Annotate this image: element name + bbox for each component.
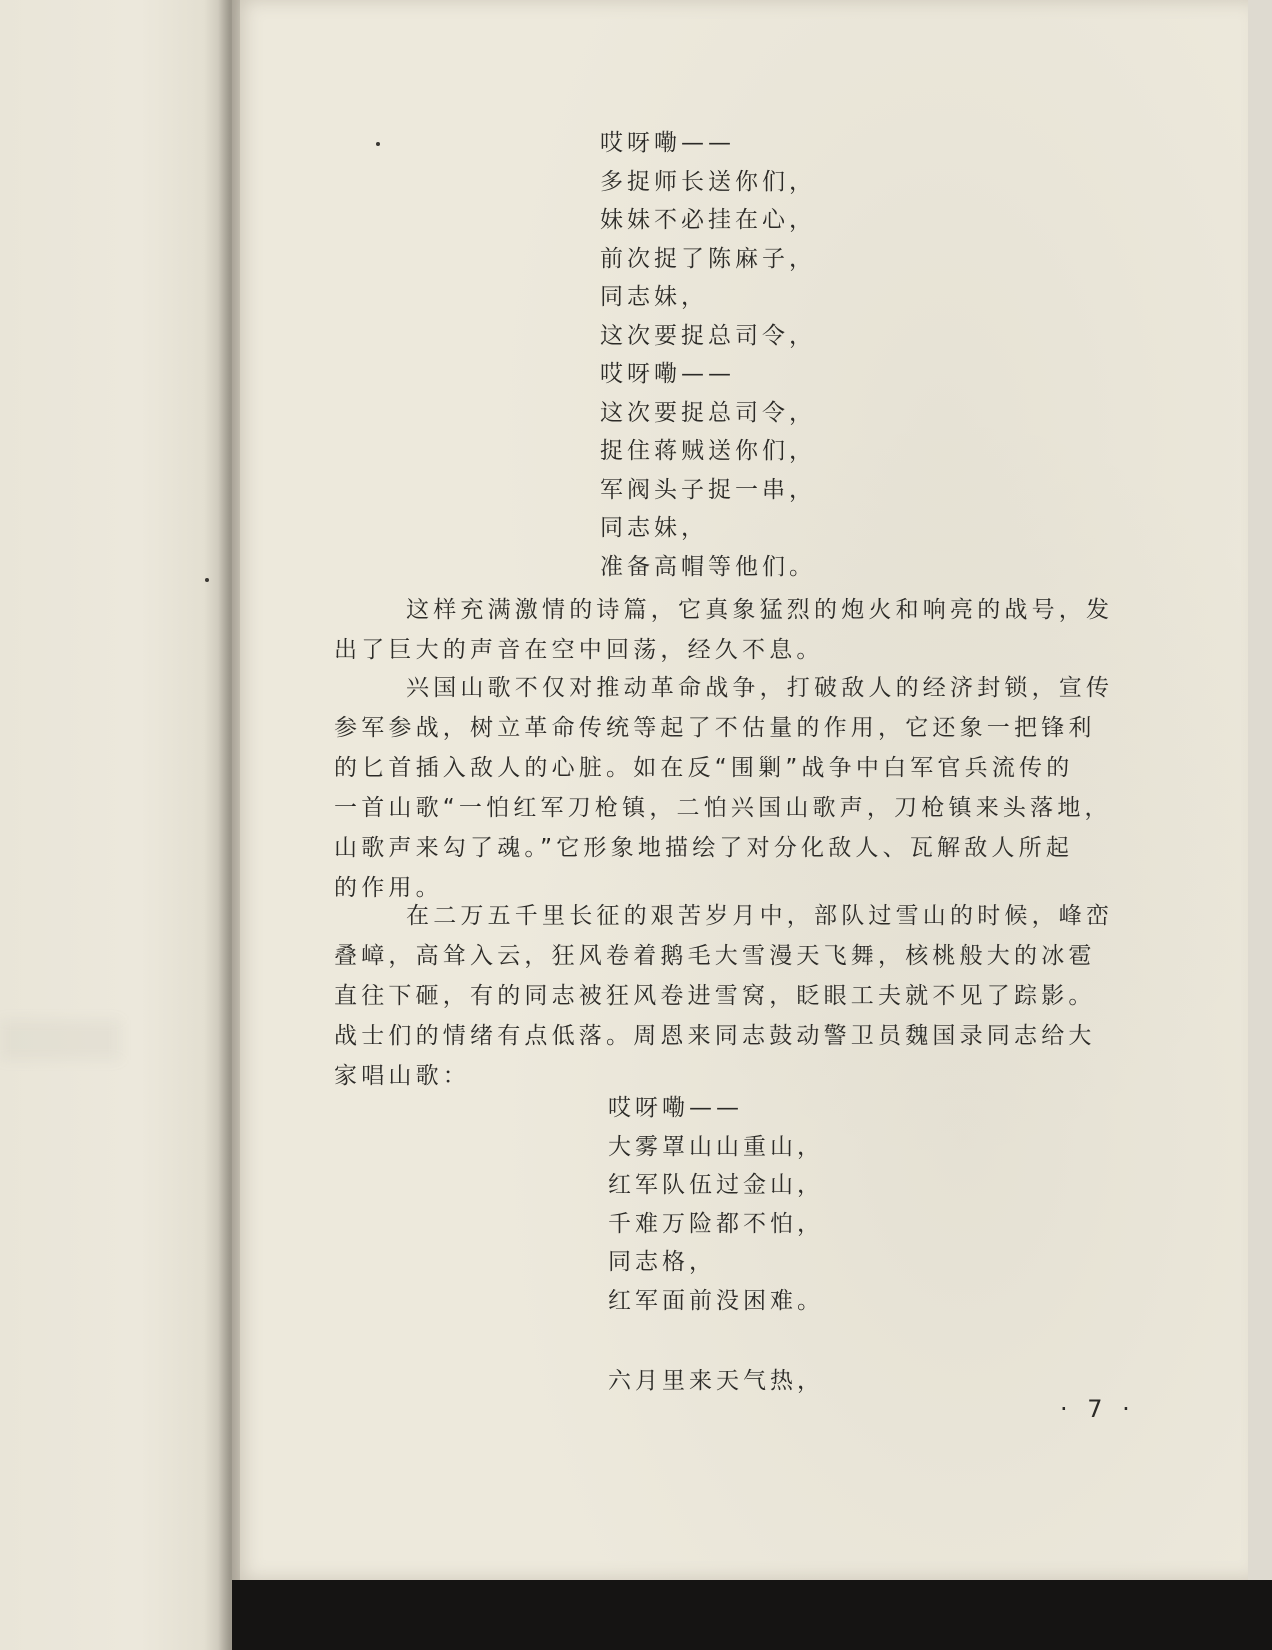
poem-line: 红军面前没困难。 xyxy=(608,1282,824,1321)
paragraph-2: 兴国山歌不仅对推动革命战争，打破敌人的经济封锁，宣传 参军参战，树立革命传统等起… xyxy=(334,668,1154,908)
poem-line: 大雾罩山山重山， xyxy=(608,1128,824,1167)
paragraph-line: 一首山歌“一怕红军刀枪镇，二怕兴国山歌声，刀枪镇来头落地， xyxy=(334,788,1154,828)
paragraph-line: 叠嶂，高耸入云，狂风卷着鹅毛大雪漫天飞舞，核桃般大的冰雹 xyxy=(334,936,1154,976)
poem-line: 哎呀嘞—— xyxy=(600,355,816,394)
paragraph-line: 参军参战，树立革命传统等起了不估量的作用，它还象一把锋利 xyxy=(334,708,1154,748)
poem-line: 捉住蒋贼送你们， xyxy=(600,432,816,471)
poem-line: 前次捉了陈麻子， xyxy=(600,240,816,279)
paragraph-line: 出了巨大的声音在空中回荡，经久不息。 xyxy=(334,630,1154,670)
paragraph-line: 直往下砸，有的同志被狂风卷进雪窝，眨眼工夫就不见了踪影。 xyxy=(334,976,1154,1016)
poem-block-3: 六月里来天气热， xyxy=(608,1362,824,1401)
poem-line: 这次要捉总司令， xyxy=(600,394,816,433)
poem-line: 六月里来天气热， xyxy=(608,1362,824,1401)
poem-line: 同志妹， xyxy=(600,278,816,317)
poem-line: 军阀头子捉一串， xyxy=(600,471,816,510)
poem-line: 哎呀嘞—— xyxy=(608,1089,824,1128)
paragraph-line: 兴国山歌不仅对推动革命战争，打破敌人的经济封锁，宣传 xyxy=(334,668,1154,708)
page-number: · 7 · xyxy=(1060,1395,1136,1423)
poem-line: 准备高帽等他们。 xyxy=(600,548,816,587)
poem-line: 妹妹不必挂在心， xyxy=(600,201,816,240)
poem-line: 千难万险都不怕， xyxy=(608,1205,824,1244)
ink-speck xyxy=(205,578,209,582)
paragraph-line: 这样充满激情的诗篇，它真象猛烈的炮火和响亮的战号，发 xyxy=(334,590,1154,630)
paragraph-line: 在二万五千里长征的艰苦岁月中，部队过雪山的时候，峰峦 xyxy=(334,896,1154,936)
poem-line: 多捉师长送你们， xyxy=(600,163,816,202)
paragraph-1: 这样充满激情的诗篇，它真象猛烈的炮火和响亮的战号，发 出了巨大的声音在空中回荡，… xyxy=(334,590,1154,670)
paragraph-line: 战士们的情绪有点低落。周恩来同志鼓动警卫员魏国录同志给大 xyxy=(334,1016,1154,1056)
paragraph-line: 的匕首插入敌人的心脏。如在反“围剿”战争中白军官兵流传的 xyxy=(334,748,1154,788)
poem-line: 哎呀嘞—— xyxy=(600,124,816,163)
poem-line: 红军队伍过金山， xyxy=(608,1166,824,1205)
paragraph-3: 在二万五千里长征的艰苦岁月中，部队过雪山的时候，峰峦 叠嶂，高耸入云，狂风卷着鹅… xyxy=(334,896,1154,1096)
poem-line: 同志格， xyxy=(608,1243,824,1282)
paragraph-line: 山歌声来勾了魂。”它形象地描绘了对分化敌人、瓦解敌人所起 xyxy=(334,828,1154,868)
page-text: 哎呀嘞—— 多捉师长送你们， 妹妹不必挂在心， 前次捉了陈麻子， 同志妹， 这次… xyxy=(0,0,1272,1650)
poem-block-2: 哎呀嘞—— 大雾罩山山重山， 红军队伍过金山， 千难万险都不怕， 同志格， 红军… xyxy=(608,1089,824,1320)
poem-line: 同志妹， xyxy=(600,509,816,548)
poem-line: 这次要捉总司令， xyxy=(600,317,816,356)
poem-block-1: 哎呀嘞—— 多捉师长送你们， 妹妹不必挂在心， 前次捉了陈麻子， 同志妹， 这次… xyxy=(600,124,816,586)
ink-speck xyxy=(376,142,380,146)
